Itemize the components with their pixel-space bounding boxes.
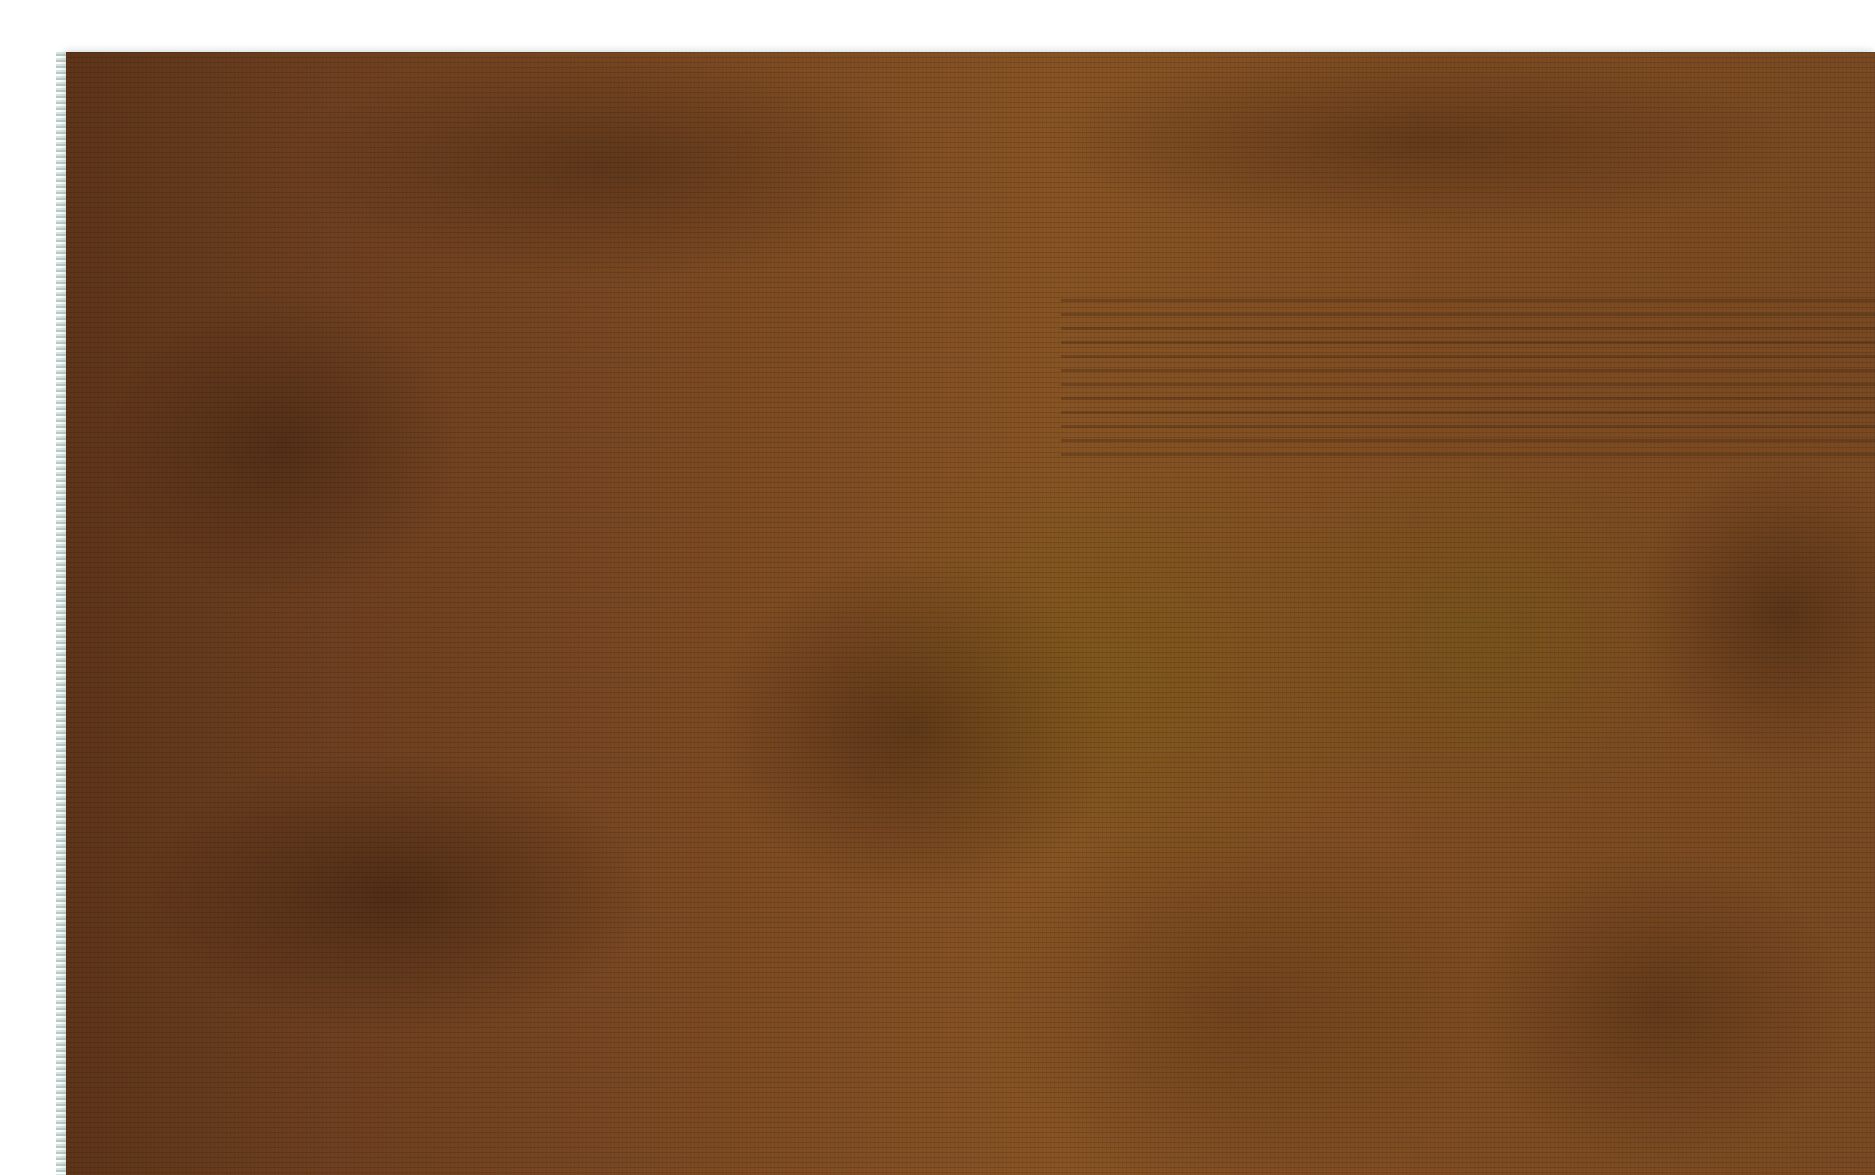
- photo-stage: [0, 0, 1875, 1175]
- rug-photo: [66, 52, 1875, 1175]
- rug-weave-texture: [66, 52, 1875, 1175]
